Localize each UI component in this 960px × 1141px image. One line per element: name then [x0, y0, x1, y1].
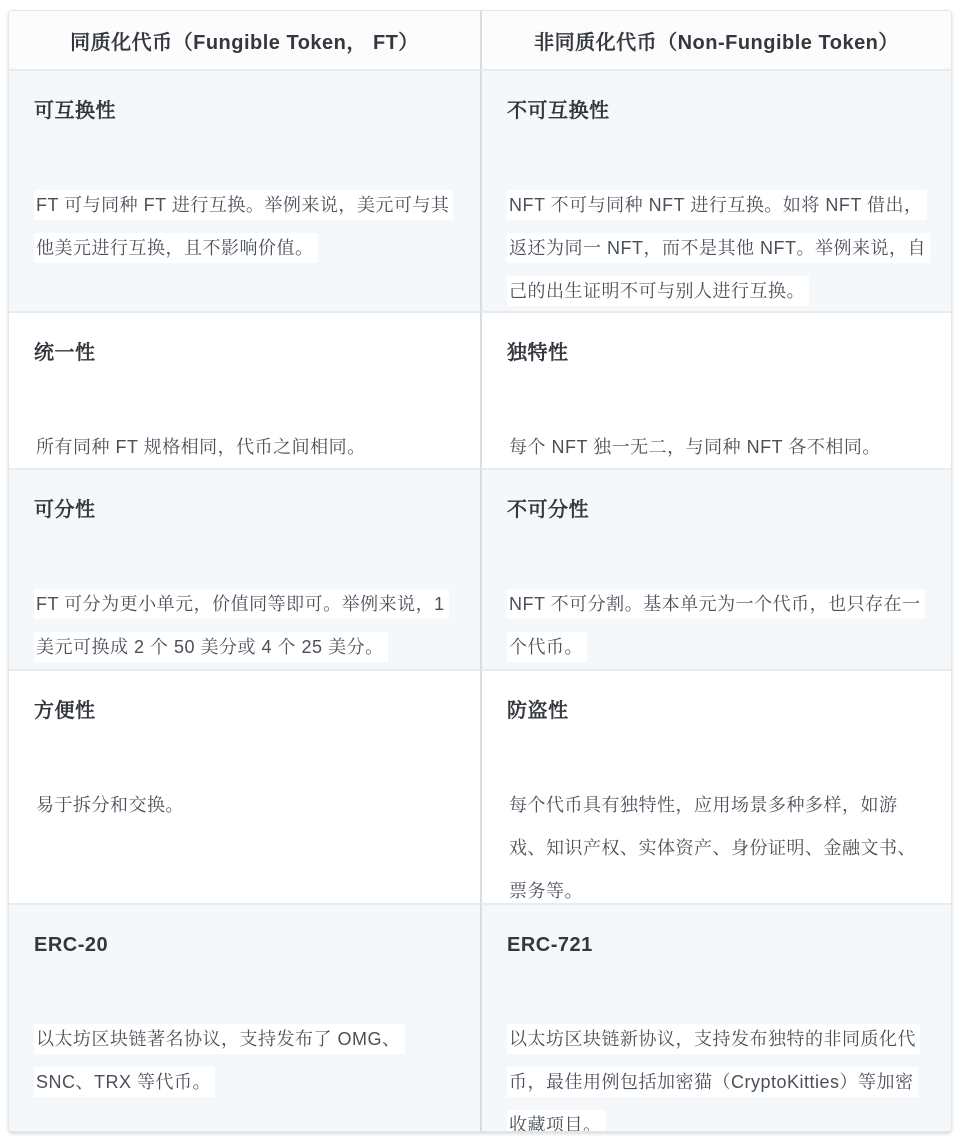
cell-title: 方便性: [34, 697, 456, 725]
cell-title: 防盗性: [507, 697, 927, 725]
cell-title: 独特性: [507, 339, 927, 367]
cell-title: 可分性: [34, 496, 456, 524]
column-header-fungible-token-label: 同质化代币（Fungible Token， FT）: [70, 26, 419, 55]
cell-ft-uniformity: 统一性 所有同种 FT 规格相同，代币之间相同。: [9, 311, 480, 468]
cell-nft-non-interchangeability: 不可互换性 NFT 不可与同种 NFT 进行互换。如将 NFT 借出，返还为同一…: [480, 69, 951, 311]
cell-body: FT 可与同种 FT 进行互换。举例来说，美元可与其他美元进行互换，且不影响价值…: [34, 184, 456, 270]
cell-nft-uniqueness: 独特性 每个 NFT 独一无二，与同种 NFT 各不相同。: [480, 311, 951, 468]
cell-title: 可互换性: [34, 97, 456, 125]
cell-title: ERC-721: [507, 931, 927, 959]
cell-body: 每个 NFT 独一无二，与同种 NFT 各不相同。: [507, 426, 927, 468]
cell-title: 不可互换性: [507, 97, 927, 125]
cell-ft-interchangeability: 可互换性 FT 可与同种 FT 进行互换。举例来说，美元可与其他美元进行互换，且…: [9, 69, 480, 311]
cell-body: 以太坊区块链著名协议，支持发布了 OMG、SNC、TRX 等代币。: [34, 1018, 456, 1104]
cell-erc-20: ERC-20 以太坊区块链著名协议，支持发布了 OMG、SNC、TRX 等代币。: [9, 903, 480, 1131]
column-header-non-fungible-token-label: 非同质化代币（Non-Fungible Token）: [534, 26, 899, 55]
cell-nft-indivisibility: 不可分性 NFT 不可分割。基本单元为一个代币，也只存在一个代币。: [480, 468, 951, 669]
cell-body: 以太坊区块链新协议，支持发布独特的非同质化代币，最佳用例包括加密猫（Crypto…: [507, 1018, 927, 1131]
cell-body: NFT 不可与同种 NFT 进行互换。如将 NFT 借出，返还为同一 NFT，而…: [507, 184, 927, 311]
cell-title: 统一性: [34, 339, 456, 367]
comparison-table: 同质化代币（Fungible Token， FT） 非同质化代币（Non-Fun…: [8, 10, 952, 1132]
cell-title: 不可分性: [507, 496, 927, 524]
cell-body: NFT 不可分割。基本单元为一个代币，也只存在一个代币。: [507, 583, 927, 669]
cell-nft-theft-protection: 防盗性 每个代币具有独特性，应用场景多种多样，如游戏、知识产权、实体资产、身份证…: [480, 669, 951, 903]
cell-title: ERC-20: [34, 931, 456, 959]
cell-erc-721: ERC-721 以太坊区块链新协议，支持发布独特的非同质化代币，最佳用例包括加密…: [480, 903, 951, 1131]
cell-body: 所有同种 FT 规格相同，代币之间相同。: [34, 426, 456, 468]
cell-body: 每个代币具有独特性，应用场景多种多样，如游戏、知识产权、实体资产、身份证明、金融…: [507, 784, 927, 903]
page: 同质化代币（Fungible Token， FT） 非同质化代币（Non-Fun…: [0, 0, 960, 1141]
cell-body: FT 可分为更小单元，价值同等即可。举例来说，1 美元可换成 2 个 50 美分…: [34, 583, 456, 669]
column-header-non-fungible-token: 非同质化代币（Non-Fungible Token）: [480, 11, 951, 69]
cell-ft-divisibility: 可分性 FT 可分为更小单元，价值同等即可。举例来说，1 美元可换成 2 个 5…: [9, 468, 480, 669]
column-header-fungible-token: 同质化代币（Fungible Token， FT）: [9, 11, 480, 69]
cell-ft-convenience: 方便性 易于拆分和交换。: [9, 669, 480, 903]
cell-body: 易于拆分和交换。: [34, 784, 456, 827]
